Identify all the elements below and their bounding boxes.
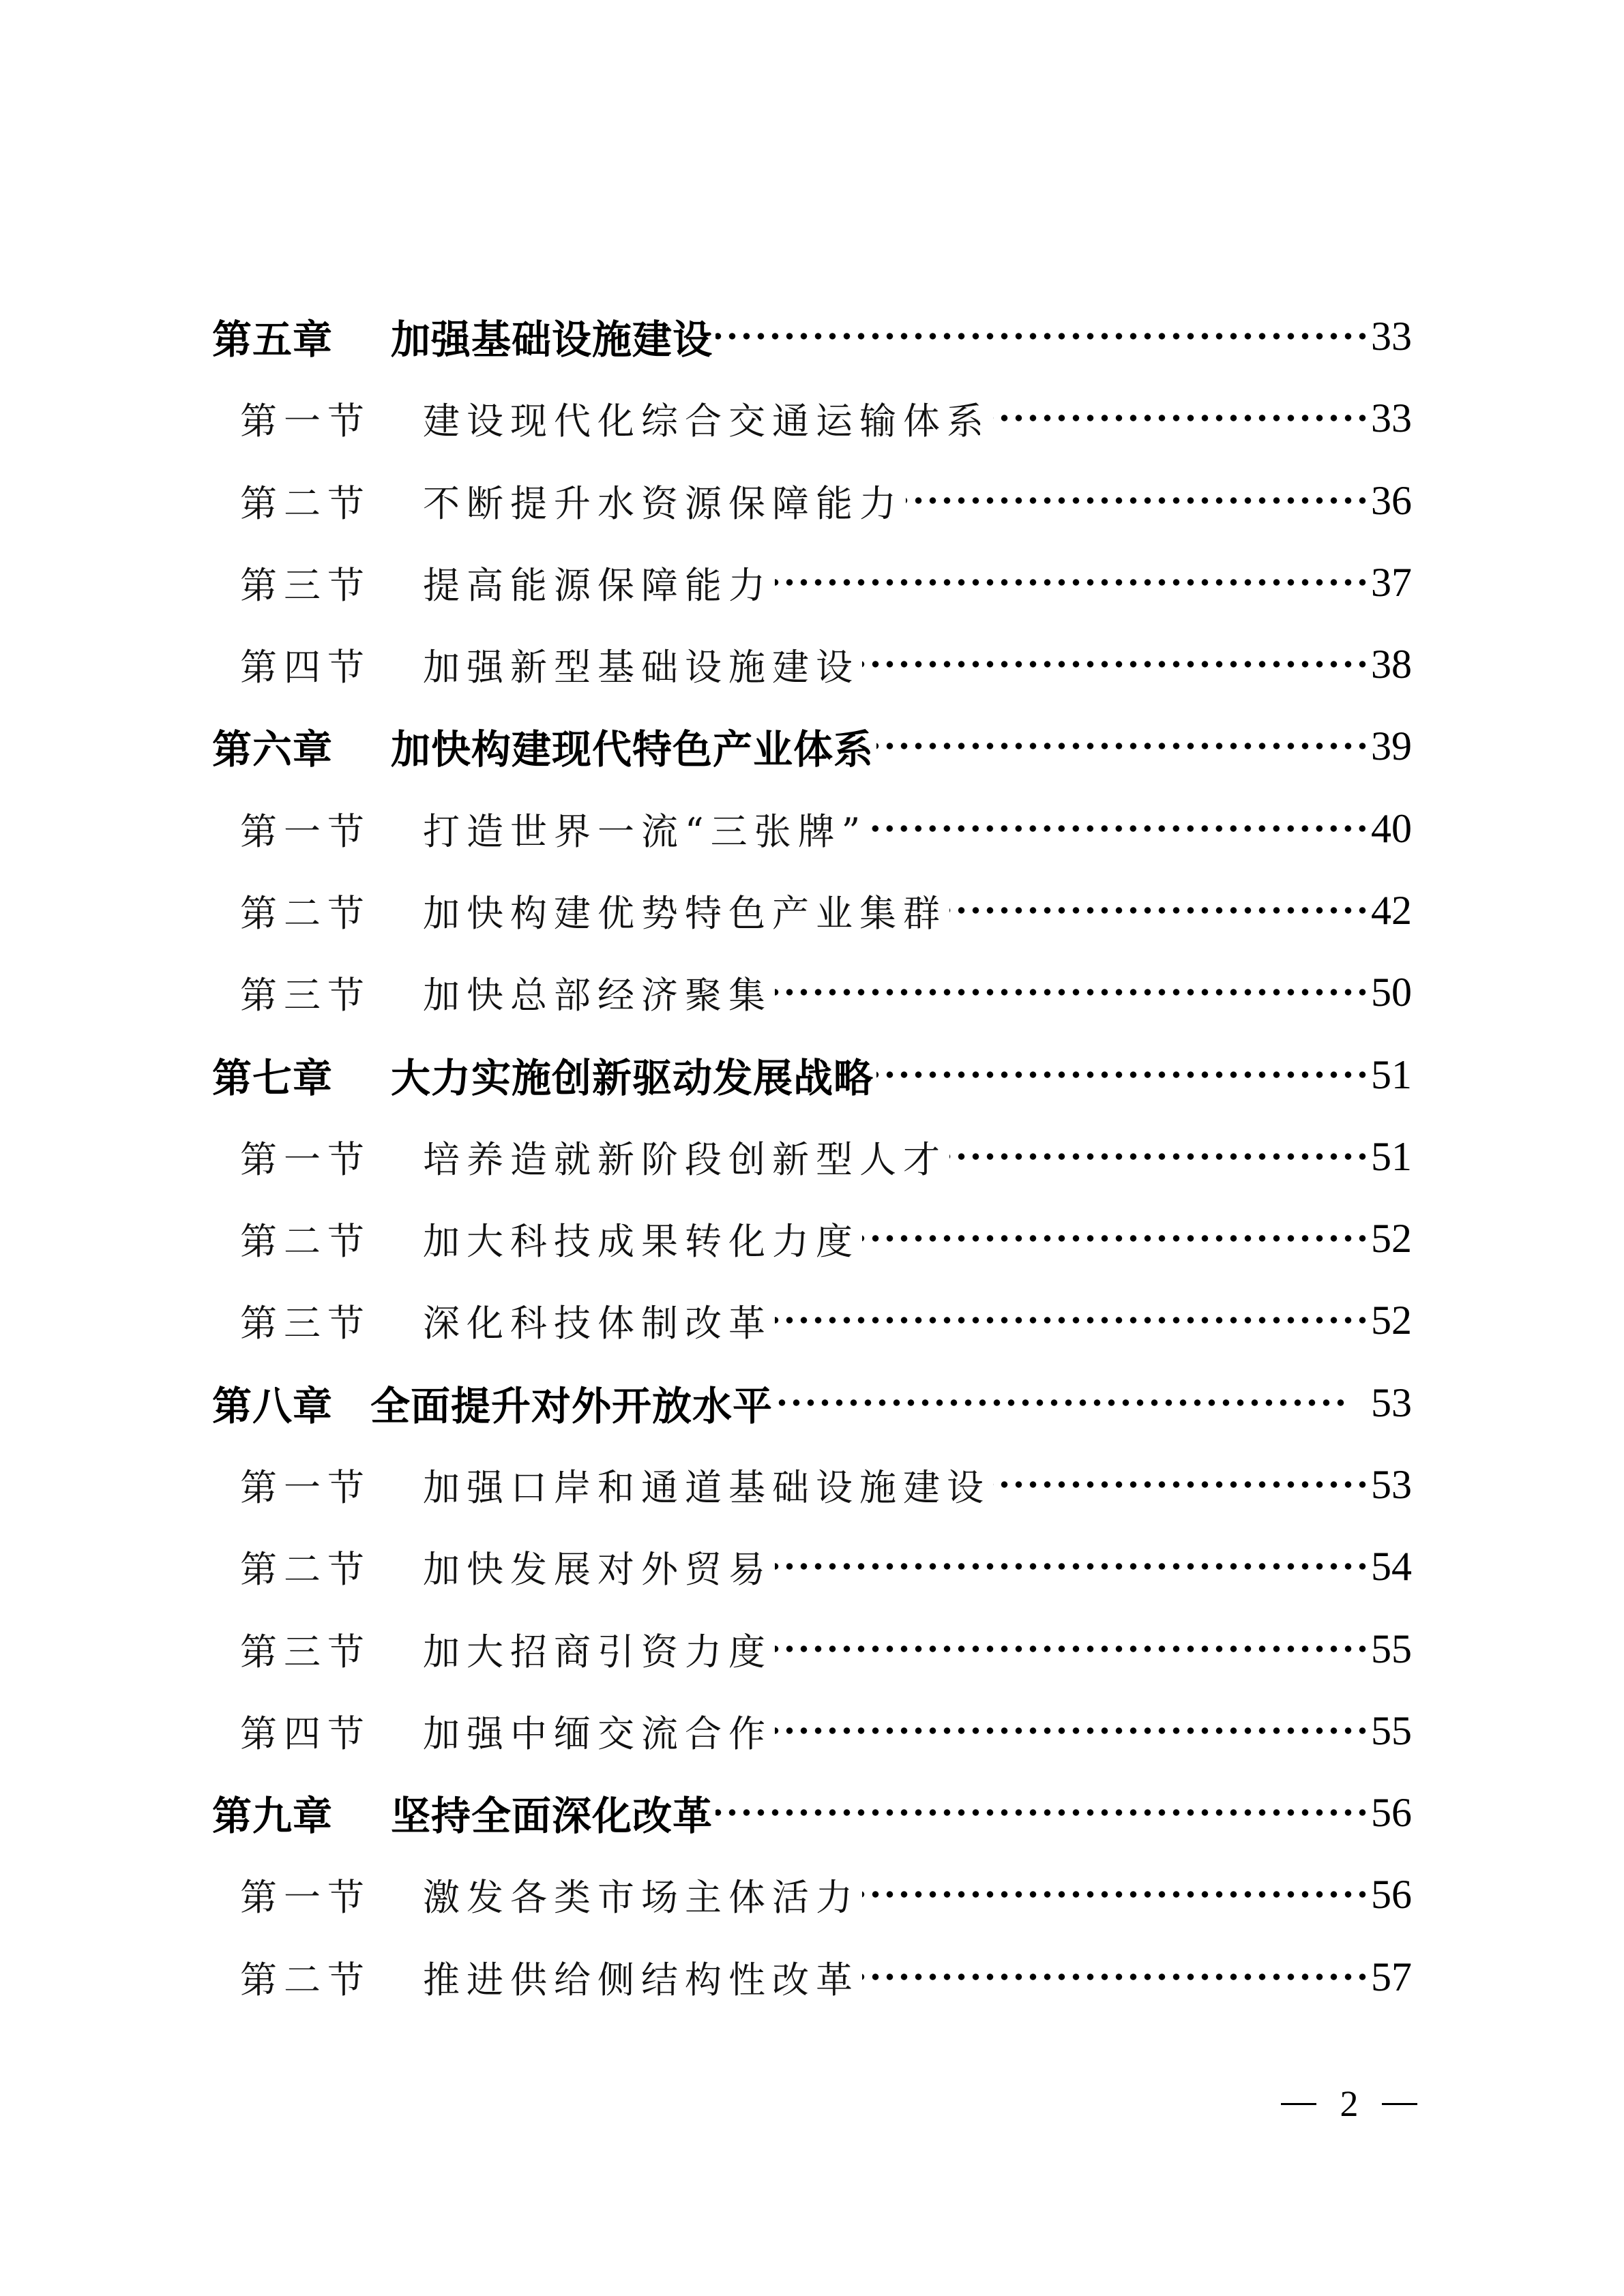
toc-label: 第一节培养造就新阶段创新型人才 <box>240 1131 947 1183</box>
section-number: 第二节 <box>240 884 423 937</box>
page-number: 57 <box>1371 1956 1412 1997</box>
page-number: 40 <box>1371 808 1412 849</box>
dot-leader <box>906 497 1370 504</box>
page-number: 52 <box>1371 1300 1412 1341</box>
dot-leader <box>775 1727 1370 1734</box>
page-number: 51 <box>1371 1136 1412 1177</box>
toc-label: 第二节推进供给侧结构性改革 <box>240 1951 859 2003</box>
section-number: 第一节 <box>240 1868 423 1921</box>
section-number: 第四节 <box>240 638 423 691</box>
section-number: 第一节 <box>240 1459 423 1511</box>
page-number: 56 <box>1371 1874 1412 1915</box>
section-number: 第二节 <box>240 1212 423 1265</box>
toc-label: 第二节加快构建优势特色产业集群 <box>240 884 947 937</box>
toc-label: 第九章坚持全面深化改革 <box>212 1784 713 1841</box>
page-footer: 2 <box>1281 2083 1417 2124</box>
chapter-title: 坚持全面深化改革 <box>391 1793 713 1839</box>
section-number: 第一节 <box>240 1131 423 1183</box>
section-title: 激发各类市场主体活力 <box>423 1876 859 1919</box>
section-title: 加强口岸和通道基础设施建设 <box>423 1466 990 1509</box>
toc-section[interactable]: 第四节加强中缅交流合作 55 <box>0 1690 1624 1772</box>
section-title: 不断提升水资源保障能力 <box>423 482 903 525</box>
section-title: 加大科技成果转化力度 <box>423 1220 859 1263</box>
toc-label: 第三节加大招商引资力度 <box>240 1623 772 1675</box>
toc-section[interactable]: 第四节加强新型基础设施建设 38 <box>0 623 1624 705</box>
toc-chapter[interactable]: 第五章加强基础设施建设 33 <box>0 295 1624 377</box>
toc-label: 第三节提高能源保障能力 <box>240 556 772 609</box>
page-number: 39 <box>1371 726 1412 766</box>
dot-leader <box>870 825 1370 832</box>
section-title: 打造世界一流“三张牌” <box>423 810 867 853</box>
toc-chapter[interactable]: 第六章加快构建现代特色产业体系 39 <box>0 705 1624 787</box>
toc-label: 第一节建设现代化综合交通运输体系 <box>240 392 990 445</box>
dot-leader <box>862 1891 1370 1898</box>
page-number: 52 <box>1371 1218 1412 1259</box>
page-number: 42 <box>1371 890 1412 931</box>
section-title: 加强新型基础设施建设 <box>423 646 859 689</box>
page-number: 38 <box>1371 644 1412 685</box>
page-number: 55 <box>1371 1710 1412 1751</box>
toc-section[interactable]: 第二节加快构建优势特色产业集群 42 <box>0 869 1624 951</box>
toc-chapter[interactable]: 第七章大力实施创新驱动发展战略 51 <box>0 1034 1624 1116</box>
toc-chapter[interactable]: 第九章坚持全面深化改革 56 <box>0 1772 1624 1853</box>
chapter-title: 全面提升对外开放水平 <box>370 1383 773 1429</box>
dot-leader <box>862 661 1370 668</box>
toc-label: 第六章加快构建现代特色产业体系 <box>212 717 874 775</box>
section-number: 第二节 <box>240 1951 423 2003</box>
dot-leader <box>862 1235 1370 1242</box>
page-number: 55 <box>1371 1628 1412 1669</box>
section-number: 第三节 <box>240 1294 423 1347</box>
section-number: 第三节 <box>240 1623 423 1675</box>
page-number: 54 <box>1371 1546 1412 1587</box>
section-title: 建设现代化综合交通运输体系 <box>423 400 990 443</box>
toc-label: 第一节激发各类市场主体活力 <box>240 1868 859 1921</box>
section-number: 第一节 <box>240 392 423 445</box>
chapter-title: 加快构建现代特色产业体系 <box>391 726 874 773</box>
section-number: 第三节 <box>240 966 423 1019</box>
toc-label: 第一节打造世界一流“三张牌” <box>240 803 867 855</box>
page-number: 53 <box>1371 1382 1412 1423</box>
toc-label: 第四节加强新型基础设施建设 <box>240 638 859 691</box>
toc-section[interactable]: 第一节培养造就新阶段创新型人才 51 <box>0 1116 1624 1197</box>
chapter-number: 第八章 <box>212 1374 370 1431</box>
chapter-number: 第六章 <box>212 717 391 775</box>
section-title: 培养造就新阶段创新型人才 <box>423 1138 947 1181</box>
toc-section[interactable]: 第一节打造世界一流“三张牌” 40 <box>0 788 1624 869</box>
section-title: 加大招商引资力度 <box>423 1630 772 1673</box>
section-title: 深化科技体制改革 <box>423 1302 772 1345</box>
section-title: 提高能源保障能力 <box>423 564 772 607</box>
left-dash-decoration <box>1281 2103 1316 2105</box>
dot-leader <box>949 907 1370 914</box>
section-number: 第二节 <box>240 1540 423 1593</box>
dot-leader <box>775 989 1370 996</box>
dot-leader <box>993 1481 1370 1488</box>
page-number: 53 <box>1371 1464 1412 1505</box>
toc-section[interactable]: 第三节提高能源保障能力 37 <box>0 541 1624 623</box>
dot-leader <box>775 1563 1370 1570</box>
dot-leader <box>876 1071 1370 1078</box>
section-number: 第四节 <box>240 1705 423 1757</box>
dot-leader <box>715 333 1370 340</box>
dot-leader <box>949 1153 1370 1160</box>
footer-page-number: 2 <box>1340 2085 1359 2122</box>
page-number: 33 <box>1371 398 1412 438</box>
toc-label: 第二节不断提升水资源保障能力 <box>240 475 903 527</box>
toc-label: 第四节加强中缅交流合作 <box>240 1705 772 1757</box>
page-number: 50 <box>1371 972 1412 1013</box>
chapter-title: 大力实施创新驱动发展战略 <box>391 1055 874 1101</box>
toc-section[interactable]: 第二节不断提升水资源保障能力 36 <box>0 460 1624 541</box>
toc-section[interactable]: 第二节加大科技成果转化力度 52 <box>0 1197 1624 1279</box>
toc-label: 第三节加快总部经济聚集 <box>240 966 772 1019</box>
dot-leader <box>715 1809 1370 1816</box>
toc-section[interactable]: 第三节深化科技体制改革 52 <box>0 1279 1624 1361</box>
dot-leader <box>862 1973 1370 1980</box>
dot-leader <box>775 579 1370 586</box>
toc-label: 第八章全面提升对外开放水平 <box>212 1374 773 1431</box>
toc-section[interactable]: 第二节推进供给侧结构性改革 57 <box>0 1936 1624 2018</box>
chapter-number: 第七章 <box>212 1046 391 1103</box>
toc-section[interactable]: 第一节加强口岸和通道基础设施建设 53 <box>0 1444 1624 1525</box>
section-number: 第三节 <box>240 556 423 609</box>
page-number: 37 <box>1371 562 1412 603</box>
section-title: 推进供给侧结构性改革 <box>423 1958 859 2001</box>
dot-leader <box>776 1399 1348 1406</box>
right-dash-decoration <box>1382 2103 1417 2105</box>
toc-section[interactable]: 第一节激发各类市场主体活力 56 <box>0 1853 1624 1935</box>
page-number: 33 <box>1371 316 1412 357</box>
dot-leader <box>775 1317 1370 1324</box>
toc-label: 第一节加强口岸和通道基础设施建设 <box>240 1459 990 1511</box>
toc-label: 第五章加强基础设施建设 <box>212 308 713 365</box>
toc-chapter[interactable]: 第八章全面提升对外开放水平 53 <box>0 1362 1624 1444</box>
page-number: 51 <box>1371 1054 1412 1095</box>
toc-section[interactable]: 第三节加大招商引资力度 55 <box>0 1608 1624 1690</box>
chapter-number: 第九章 <box>212 1784 391 1841</box>
toc-label: 第三节深化科技体制改革 <box>240 1294 772 1347</box>
toc-section[interactable]: 第一节建设现代化综合交通运输体系 33 <box>0 377 1624 459</box>
dot-leader <box>876 743 1370 749</box>
section-number: 第一节 <box>240 803 423 855</box>
toc-section[interactable]: 第三节加快总部经济聚集 50 <box>0 951 1624 1033</box>
dot-leader <box>775 1645 1370 1652</box>
section-title: 加快总部经济聚集 <box>423 974 772 1017</box>
section-title: 加快构建优势特色产业集群 <box>423 892 947 935</box>
toc-label: 第二节加大科技成果转化力度 <box>240 1212 859 1265</box>
toc-label: 第七章大力实施创新驱动发展战略 <box>212 1046 874 1103</box>
page-number: 56 <box>1371 1792 1412 1833</box>
toc-label: 第二节加快发展对外贸易 <box>240 1540 772 1593</box>
section-title: 加快发展对外贸易 <box>423 1548 772 1591</box>
section-title: 加强中缅交流合作 <box>423 1712 772 1755</box>
dot-leader <box>993 415 1370 421</box>
chapter-number: 第五章 <box>212 308 391 365</box>
section-number: 第二节 <box>240 475 423 527</box>
page-number: 36 <box>1371 480 1412 521</box>
toc-section[interactable]: 第二节加快发展对外贸易 54 <box>0 1525 1624 1607</box>
chapter-title: 加强基础设施建设 <box>391 316 713 363</box>
